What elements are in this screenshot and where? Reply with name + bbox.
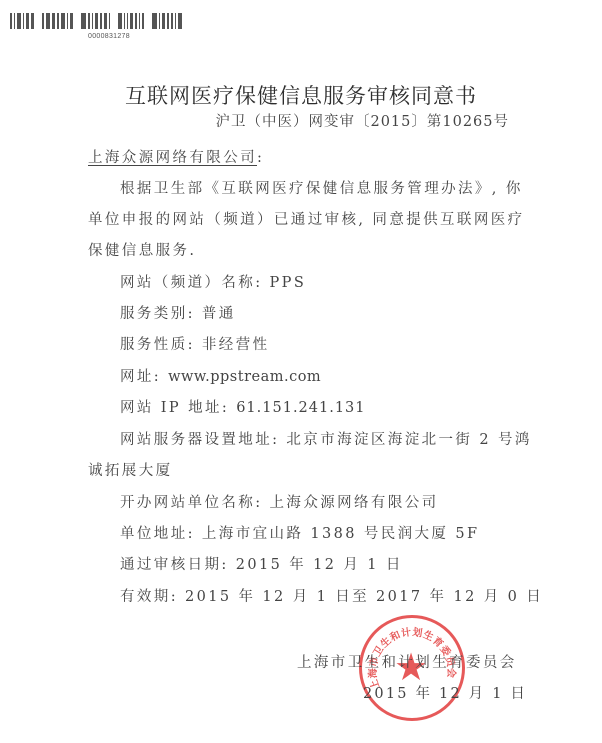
field-server-address: 网站服务器设置地址: 北京市海淀区海淀北一街 2 号鸿	[120, 428, 532, 449]
field-value: 北京市海淀区海淀北一街 2 号鸿	[286, 432, 531, 448]
field-validity: 有效期: 2015 年 12 月 1 日至 2017 年 12 月 0 日	[120, 585, 543, 606]
body-line-1: 根据卫生部《互联网医疗保健信息服务管理办法》, 你	[120, 177, 523, 198]
field-label: 单位地址:	[120, 526, 195, 542]
field-label: 网址:	[120, 369, 161, 385]
body-line-2: 单位申报的网站（频道）已通过审核, 同意提供互联网医疗	[88, 208, 525, 229]
barcode-number: 0000831278	[88, 33, 130, 40]
field-value: 上海市宜山路 1388 号民润大厦 5F	[202, 526, 480, 542]
field-label: 通过审核日期:	[120, 557, 229, 573]
reference-number: 沪卫（中医）网变审〔2015〕第10265号	[215, 110, 509, 131]
field-value: 2015 年 12 月 1 日至 2017 年 12 月 0 日	[185, 589, 543, 605]
field-operator-address: 单位地址: 上海市宜山路 1388 号民润大厦 5F	[120, 522, 479, 543]
barcode	[10, 13, 216, 29]
field-label: 服务性质:	[120, 337, 195, 353]
field-site-name: 网站（频道）名称: PPS	[120, 271, 306, 292]
field-value: 61.151.241.131	[236, 400, 365, 416]
field-service-nature: 服务性质: 非经营性	[120, 333, 270, 354]
field-server-address-cont: 诚拓展大厦	[88, 459, 173, 480]
document-title: 互联网医疗保健信息服务审核同意书	[0, 80, 602, 110]
field-label: 开办网站单位名称:	[120, 495, 263, 511]
field-operator-name: 开办网站单位名称: 上海众源网络有限公司	[120, 491, 439, 512]
field-label: 网站（频道）名称:	[120, 275, 263, 291]
issuer-name: 上海市卫生和计划生育委员会	[297, 651, 517, 672]
field-value: 上海众源网络有限公司	[270, 495, 439, 511]
field-service-category: 服务类别: 普通	[120, 302, 236, 323]
field-approval-date: 通过审核日期: 2015 年 12 月 1 日	[120, 553, 403, 574]
addressee-colon: :	[257, 150, 264, 166]
field-label: 网站 IP 地址:	[120, 400, 229, 416]
field-url: 网址: www.ppstream.com	[120, 365, 321, 386]
field-label: 网站服务器设置地址:	[120, 432, 279, 448]
field-value: PPS	[270, 275, 307, 291]
issue-date: 2015 年 12 月 1 日	[363, 682, 527, 703]
field-ip: 网站 IP 地址: 61.151.241.131	[120, 396, 366, 417]
addressee: 上海众源网络有限公司:	[88, 146, 264, 167]
addressee-name: 上海众源网络有限公司	[88, 150, 257, 166]
field-value: 非经营性	[202, 337, 270, 353]
field-label: 服务类别:	[120, 306, 195, 322]
field-value: www.ppstream.com	[168, 369, 321, 385]
body-line-3: 保健信息服务.	[88, 239, 196, 260]
field-value: 2015 年 12 月 1 日	[236, 557, 403, 573]
field-value: 普通	[202, 306, 236, 322]
field-label: 有效期:	[120, 589, 178, 605]
